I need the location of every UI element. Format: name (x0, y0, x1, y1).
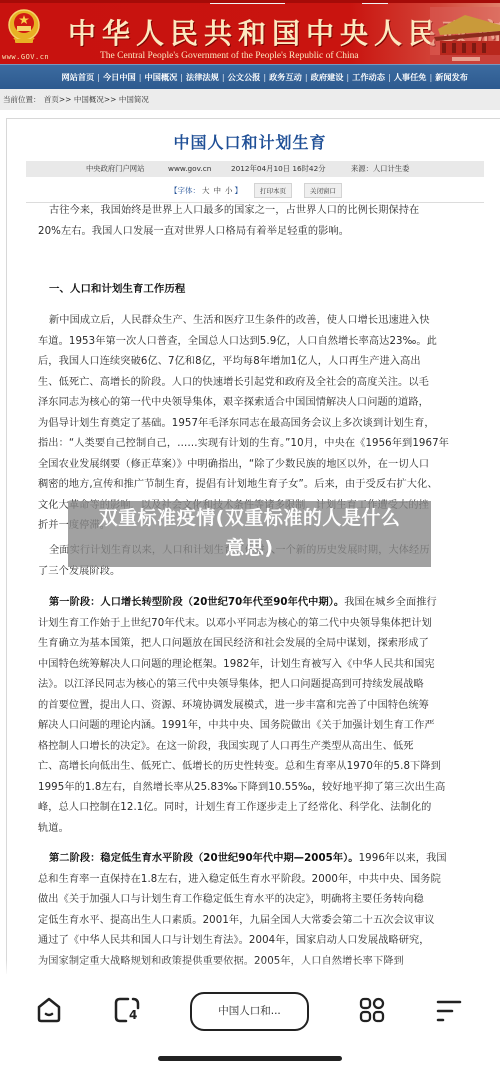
tabs-icon (113, 996, 143, 1024)
text-line: 第一阶段：人口增长转型阶段（20世纪70年代至90年代中期）。我国在城乡全面推行 (38, 593, 470, 614)
text-line: 生、低死亡、高增长的阶段。人口的快速增长引起党和政府及全社会的高度关注。以毛 (38, 373, 470, 394)
stage-1-heading: 第一阶段：人口增长转型阶段（20世纪70年代至90年代中期）。 (49, 597, 344, 608)
title-overlay: 双重标准疫情(双重标准的人是什么 意思) (68, 503, 431, 563)
apps-grid-icon[interactable] (359, 997, 385, 1023)
text-line: 全国农业发展纲要（修正草案）》中明确指出，“除了少数民族的地区以外，在一切人口 (38, 455, 470, 476)
text-line: 为倡导计划生育奠定了基础。1957年毛泽东同志在最高国务会议上多次谈到计划生育， (38, 414, 470, 435)
nav-press-release[interactable]: 新闻发布 (435, 72, 468, 83)
tab-count: 4 (129, 1008, 137, 1022)
nav-today-china[interactable]: 今日中国 (103, 72, 136, 83)
close-window-button[interactable]: 关闭窗口 (304, 183, 342, 198)
stage-2-intro: 1996年以来，我国 (359, 853, 447, 864)
home-indicator-bar[interactable] (158, 1056, 342, 1061)
font-size-control: 【字体：大中小】 (170, 185, 242, 196)
breadcrumb-label: 当前位置： (3, 95, 41, 104)
nav-laws[interactable]: 法律法规 (186, 72, 219, 83)
text-line: 第二阶段：稳定低生育水平阶段（20世纪90年代中期—2005年）。1996年以来… (38, 849, 470, 870)
text-line: 通过了《中华人民共和国人口与计划生育法》。2004年，国家启动人口发展战略研究， (38, 931, 470, 952)
text-line: 后，我国人口连续突破6亿、7亿和8亿，平均每8年增加1亿人，人口再生产进入高出 (38, 352, 470, 373)
nav-appointments[interactable]: 人事任免 (394, 72, 427, 83)
meta-source: 来源：人口计生委 (351, 161, 409, 177)
emblem-caption: www.GOV.cn (2, 53, 49, 61)
text-line: 车道。1953年第一次人口普查，全国总人口达到5.9亿，人口自然增长率高达23‰… (38, 332, 470, 353)
current-tab-title-button[interactable]: 中国人口和... (190, 992, 309, 1031)
nav-separator: | (429, 72, 432, 82)
nav-separator: | (263, 72, 266, 82)
site-subtitle: The Central People's Government of the P… (100, 51, 359, 61)
nav-gov-building[interactable]: 政府建设 (311, 72, 344, 83)
home-icon[interactable] (36, 996, 62, 1024)
text-line: 计划生育工作始于上世纪70年代末。以邓小平同志为核心的第二代中央领导集体把计划 (38, 614, 470, 635)
nav-china-overview[interactable]: 中国概况 (145, 72, 178, 83)
banner-top-strip (210, 0, 285, 4)
text-line: 生育确立为基本国策，把人口问题放在国民经济和社会发展的全局中谋划，探索形成了 (38, 634, 470, 655)
article-tools: 【字体：大中小】 打印本页 关闭窗口 (170, 183, 342, 198)
text-line: 中国特色统筹解决人口问题的理论框架。1982年，计划生育被写入《中华人民共和国宪 (38, 655, 470, 676)
font-control-bracket: 】 (235, 186, 243, 195)
national-emblem-icon[interactable] (6, 8, 42, 48)
meta-url: www.gov.cn (168, 161, 211, 177)
text-line: 泽东同志为核心的第一代中央领导集体，艰辛探索适合中国国情解决人口问题的道路， (38, 393, 470, 414)
text-line: 做出《关于加强人口与计划生育工作稳定低生育水平的决定》，明确将主要任务转向稳 (38, 890, 470, 911)
print-button[interactable]: 打印本页 (254, 183, 292, 198)
text-line: 定低生育水平、提高出生人口素质。2001年，九届全国人大常委会第二十五次会议审议 (38, 911, 470, 932)
breadcrumb-china-brief[interactable]: 中国简况 (119, 95, 149, 104)
font-small[interactable]: 小 (225, 186, 233, 195)
site-banner: www.GOV.cn 中华人民共和国中央人民政府 The Central Peo… (0, 0, 500, 64)
main-nav: 网站首页| 今日中国| 中国概况| 法律法规| 公文公报| 政务互动| 政府建设… (0, 64, 500, 89)
overlay-line-2: 意思) (68, 533, 431, 563)
nav-separator: | (346, 72, 349, 82)
paragraph-stage-1: 第一阶段：人口增长转型阶段（20世纪70年代至90年代中期）。我国在城乡全面推行… (38, 593, 470, 839)
nav-separator: | (139, 72, 142, 82)
font-large[interactable]: 大 (202, 186, 210, 195)
nav-separator: | (222, 72, 225, 82)
nav-official-docs[interactable]: 公文公报 (228, 72, 261, 83)
banner-top-strip (362, 0, 388, 4)
nav-separator: | (388, 72, 391, 82)
text-line: 格控制人口增长的决定》。在这一阶段，我国实现了人口再生产类型从高出生、低死 (38, 737, 470, 758)
overlay-line-1: 双重标准疫情(双重标准的人是什么 (68, 503, 431, 533)
nav-work-news[interactable]: 工作动态 (352, 72, 385, 83)
breadcrumb: 当前位置： 首页>> 中国概况>> 中国简况 (0, 89, 500, 110)
nav-separator: | (305, 72, 308, 82)
nav-separator: | (97, 72, 100, 82)
text-line: 20%左右。我国人口发展一直对世界人口格局有着举足轻重的影响。 (38, 222, 470, 243)
text-line: 峰，总人口控制在12.1亿。同时，计划生育工作逐步走上了经常化、科学化、法制化的 (38, 798, 470, 819)
meta-site: 中央政府门户网站 (86, 161, 144, 177)
text-line: 亡、高增长向低出生、低死亡、低增长的历史性转变。总和生育率从1970年的5.8下… (38, 757, 470, 778)
text-line: 法》。以江泽民同志为核心的第三代中央领导集体，把人口问题提高到可持续发展战略 (38, 675, 470, 696)
menu-icon[interactable] (436, 999, 462, 1023)
text-line: 轨道。 (38, 819, 470, 840)
text-line: 总和生育率一直保持在1.8左右，进入稳定低生育水平阶段。2000年，中共中央、国… (38, 870, 470, 891)
content-fade (0, 960, 500, 976)
tiananmen-gate-icon (430, 7, 500, 64)
text-line: 指出：“人类要自己控制自己，……实现有计划的生育。”10月，中央在《1956年到… (38, 434, 470, 455)
text-line: 新中国成立后，人民群众生产、生活和医疗卫生条件的改善，使人口增长迅速进入快 (38, 311, 470, 332)
article-title: 中国人口和计划生育 (0, 130, 500, 153)
meta-datetime: 2012年04月10日 16时42分 (231, 161, 326, 177)
paragraph-stage-2: 第二阶段：稳定低生育水平阶段（20世纪90年代中期—2005年）。1996年以来… (38, 849, 470, 972)
text-line: 的首要位置，提出人口、资源、环境协调发展模式，进一步丰富和完善了中国特色统筹 (38, 696, 470, 717)
nav-interaction[interactable]: 政务互动 (269, 72, 302, 83)
font-medium[interactable]: 中 (214, 186, 222, 195)
nav-separator: | (180, 72, 183, 82)
tabs-button[interactable]: 4 (113, 996, 143, 1024)
text-line: 稠密的地方,宣传和推广节制生育，提倡有计划地生育子女”。后来，由于受反右扩大化、 (38, 475, 470, 496)
font-control-label: 【字体： (170, 186, 200, 195)
text-line: 解决人口问题的理论内涵。1991年，中共中央、国务院做出《关于加强计划生育工作严 (38, 716, 470, 737)
breadcrumb-home[interactable]: 首页>> (44, 95, 72, 104)
text-line: 古往今来，我国始终是世界上人口最多的国家之一，占世界人口的比例长期保持在 (38, 201, 470, 222)
article-meta: 中央政府门户网站 www.gov.cn 2012年04月10日 16时42分 来… (26, 161, 484, 177)
stage-1-intro: 我国在城乡全面推行 (344, 597, 437, 608)
breadcrumb-china-overview[interactable]: 中国概况>> (74, 95, 117, 104)
intro-paragraph: 古往今来，我国始终是世界上人口最多的国家之一，占世界人口的比例长期保持在 20%… (38, 201, 470, 242)
section-heading: 一、人口和计划生育工作历程 (49, 279, 481, 300)
text-line: 1995年的1.8左右，自然增长率从25.83‰下降到10.55‰，较好地平抑了… (38, 778, 470, 799)
nav-home[interactable]: 网站首页 (61, 72, 94, 83)
stage-2-heading: 第二阶段：稳定低生育水平阶段（20世纪90年代中期—2005年）。 (49, 853, 359, 864)
